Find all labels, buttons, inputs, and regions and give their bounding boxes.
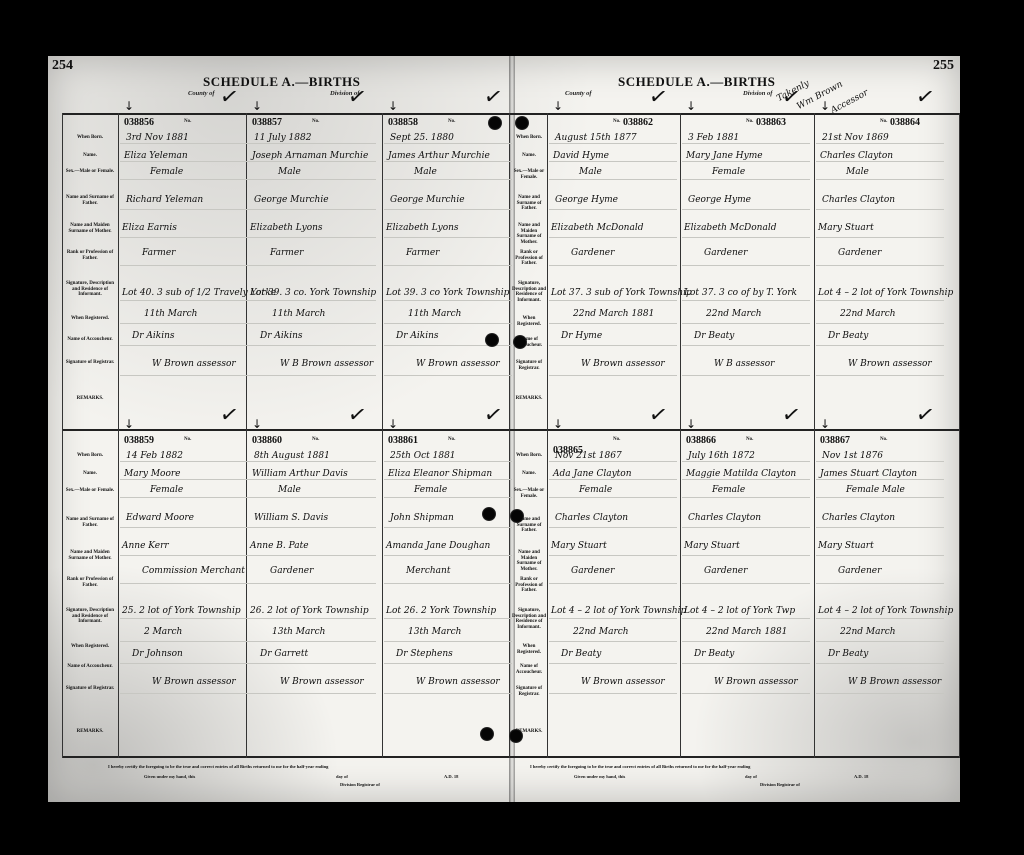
left-footer-registrar: Division Registrar of xyxy=(340,782,380,787)
arrow-down-icon: ↓ xyxy=(252,417,262,431)
field-rank: Gardener xyxy=(571,566,614,576)
ruled-line xyxy=(816,663,944,664)
left-footer-certify: I hereby certify the foregoing to be the… xyxy=(108,764,328,769)
field-informant: Lot 4 – 2 lot of York Township xyxy=(551,606,686,616)
ruled-line xyxy=(384,461,512,462)
no-label: No. xyxy=(746,437,753,442)
field-informant: Lot 39. 3 co York Township xyxy=(386,288,509,298)
field-accoucheur: Dr Beaty xyxy=(561,649,601,659)
row-label: Name of Accoucheur. xyxy=(62,664,118,670)
field-registrar: W B Brown assessor xyxy=(280,359,373,369)
ruled-line xyxy=(120,641,248,642)
ruled-line xyxy=(549,209,677,210)
no-label: No. xyxy=(880,119,887,124)
ruled-line xyxy=(384,209,512,210)
field-rank: Gardener xyxy=(704,566,747,576)
ruled-line xyxy=(384,555,512,556)
arrow-down-icon: ↓ xyxy=(820,99,830,113)
ruled-line xyxy=(384,497,512,498)
field-registered: 2 March xyxy=(144,627,182,637)
ruled-line xyxy=(549,527,677,528)
field-registered: 11th March xyxy=(272,309,325,319)
field-sex: Male xyxy=(414,167,437,177)
ruled-line xyxy=(816,618,944,619)
field-sex: Male xyxy=(579,167,602,177)
right-page-heading: SCHEDULE A.—BIRTHS xyxy=(618,74,775,90)
field-accoucheur: Dr Stephens xyxy=(396,649,453,659)
field-accoucheur: Dr Aikins xyxy=(396,331,439,341)
field-registrar: W Brown assessor xyxy=(416,359,500,369)
ruled-line xyxy=(384,618,512,619)
field-registered: 11th March xyxy=(144,309,197,319)
field-informant: Lot 4 – 2 lot of York Twp xyxy=(684,606,795,616)
field-informant: 25. 2 lot of York Township xyxy=(122,606,241,616)
ruled-line xyxy=(816,209,944,210)
ruled-line xyxy=(248,461,376,462)
row-label: Name of Accoucheur. xyxy=(511,664,547,675)
ruled-line xyxy=(549,479,677,480)
arrow-down-icon: ↓ xyxy=(124,99,134,113)
arrow-down-icon: ↓ xyxy=(820,417,830,431)
ruled-line xyxy=(549,300,677,301)
ruled-line xyxy=(248,161,376,162)
field-father: John Shipman xyxy=(390,513,454,523)
grid-vline xyxy=(959,113,960,758)
no-label: No. xyxy=(448,437,455,442)
field-when-born: 25th Oct 1881 xyxy=(390,451,456,461)
checkmark-icon: ✓ xyxy=(482,402,504,430)
ruled-line xyxy=(682,375,810,376)
field-registrar: W Brown assessor xyxy=(280,677,364,687)
punch-hole xyxy=(485,333,499,347)
field-informant: Lot 4 – 2 lot of York Township xyxy=(818,288,953,298)
left-page-number: 254 xyxy=(52,58,73,74)
arrow-down-icon: ↓ xyxy=(124,417,134,431)
field-registered: 22nd March xyxy=(573,627,629,637)
field-registrar: W Brown assessor xyxy=(581,359,665,369)
registration-number: 038858 xyxy=(388,117,418,128)
ruled-line xyxy=(816,265,944,266)
ruled-line xyxy=(682,179,810,180)
row-label: Signature of Registrar. xyxy=(62,360,118,366)
checkmark-icon: ✓ xyxy=(482,84,504,112)
ruled-line xyxy=(248,641,376,642)
field-when-born: 8th August 1881 xyxy=(254,451,330,461)
ruled-line xyxy=(549,693,677,694)
ruled-line xyxy=(384,663,512,664)
row-label: When Registered. xyxy=(511,316,547,327)
field-registrar: W Brown assessor xyxy=(152,359,236,369)
ruled-line xyxy=(248,497,376,498)
ruled-line xyxy=(248,300,376,301)
row-label: REMARKS. xyxy=(62,729,118,735)
field-informant: Lot 4 – 2 lot of York Township xyxy=(818,606,953,616)
ruled-line xyxy=(384,143,512,144)
field-name: James Stuart Clayton xyxy=(820,469,917,479)
grid-line-bottom xyxy=(62,756,960,758)
ruled-line xyxy=(248,237,376,238)
registration-number: 038856 xyxy=(124,117,154,128)
row-label: Name and Maiden Surname of Mother. xyxy=(511,550,547,572)
field-rank: Merchant xyxy=(406,566,450,576)
checkmark-icon: ✓ xyxy=(914,402,936,430)
field-rank: Gardener xyxy=(838,566,881,576)
field-registered: 22nd March 1881 xyxy=(706,627,787,637)
row-label: Name and Surname of Father. xyxy=(511,195,547,212)
ruled-line xyxy=(120,618,248,619)
field-when-born: July 16th 1872 xyxy=(688,451,755,461)
row-label: Name and Maiden Surname of Mother. xyxy=(62,550,118,561)
ruled-line xyxy=(682,479,810,480)
field-rank: Gardener xyxy=(704,248,747,258)
no-label: No. xyxy=(613,119,620,124)
ruled-line xyxy=(248,618,376,619)
ruled-line xyxy=(549,323,677,324)
arrow-down-icon: ↓ xyxy=(388,99,398,113)
field-sex: Female xyxy=(150,485,183,495)
ruled-line xyxy=(549,663,677,664)
row-label: Rank or Profession of Father. xyxy=(511,250,547,267)
punch-hole xyxy=(515,116,529,130)
field-rank: Farmer xyxy=(142,248,175,258)
registration-number: 038866 xyxy=(686,435,716,446)
ruled-line xyxy=(682,461,810,462)
ruled-line xyxy=(816,237,944,238)
field-name: Maggie Matilda Clayton xyxy=(686,469,796,479)
field-father: Charles Clayton xyxy=(822,513,895,523)
ruled-line xyxy=(384,375,512,376)
field-when-born: Nov 21st 1867 xyxy=(555,451,622,461)
ruled-line xyxy=(682,237,810,238)
ruled-line xyxy=(816,497,944,498)
row-label: When Born. xyxy=(62,453,118,459)
row-label: REMARKS. xyxy=(62,396,118,402)
field-informant: 26. 2 lot of York Township xyxy=(250,606,369,616)
field-informant: Lot 39. 3 co. York Township xyxy=(250,288,376,298)
ruled-line xyxy=(816,555,944,556)
row-label: When Born. xyxy=(511,453,547,459)
ruled-line xyxy=(248,375,376,376)
field-father: William S. Davis xyxy=(254,513,328,523)
ruled-line xyxy=(384,641,512,642)
registration-number: 038864 xyxy=(890,117,920,128)
ruled-line xyxy=(120,479,248,480)
row-label: Rank or Profession of Father. xyxy=(511,577,547,594)
ruled-line xyxy=(682,300,810,301)
ruled-line xyxy=(682,209,810,210)
row-label: Name and Maiden Surname of Mother. xyxy=(62,223,118,234)
ruled-line xyxy=(816,461,944,462)
ruled-line xyxy=(816,143,944,144)
field-name: Ada Jane Clayton xyxy=(553,469,632,479)
field-registered: 22nd March 1881 xyxy=(573,309,654,319)
punch-hole xyxy=(513,335,527,349)
ruled-line xyxy=(549,375,677,376)
field-name: David Hyme xyxy=(553,151,609,161)
field-mother: Elizabeth McDonald xyxy=(551,223,644,233)
field-name: Charles Clayton xyxy=(820,151,893,161)
row-label: Name and Surname of Father. xyxy=(62,195,118,206)
row-label: When Born. xyxy=(511,135,547,141)
ruled-line xyxy=(120,237,248,238)
ruled-line xyxy=(816,375,944,376)
checkmark-icon: ✓ xyxy=(647,84,669,112)
registration-number: 038860 xyxy=(252,435,282,446)
field-rank: Commission Merchant xyxy=(142,566,245,576)
field-rank: Farmer xyxy=(406,248,439,258)
checkmark-icon: ✓ xyxy=(346,402,368,430)
field-registered: 22nd March xyxy=(840,309,896,319)
field-registrar: W B Brown assessor xyxy=(848,677,941,687)
field-accoucheur: Dr Hyme xyxy=(561,331,602,341)
ruled-line xyxy=(248,693,376,694)
field-father: George Hyme xyxy=(688,195,751,205)
checkmark-icon: ✓ xyxy=(647,402,669,430)
field-informant: Lot 37. 3 sub of York Township xyxy=(551,288,692,298)
ruled-line xyxy=(384,179,512,180)
left-footer-ad: A.D. 18 xyxy=(444,774,458,779)
checkmark-icon: ✓ xyxy=(218,84,240,112)
field-sex: Male xyxy=(278,485,301,495)
ruled-line xyxy=(120,179,248,180)
ruled-line xyxy=(120,323,248,324)
no-label: No. xyxy=(184,119,191,124)
field-when-born: 3 Feb 1881 xyxy=(688,133,739,143)
checkmark-icon: ✓ xyxy=(914,84,936,112)
row-label: Name and Maiden Surname of Mother. xyxy=(511,223,547,245)
row-label: Signature, Description and Residence of … xyxy=(511,608,547,630)
ruled-line xyxy=(549,179,677,180)
field-registrar: W Brown assessor xyxy=(416,677,500,687)
ruled-line xyxy=(549,345,677,346)
field-father: George Murchie xyxy=(254,195,329,205)
field-accoucheur: Dr Beaty xyxy=(828,331,868,341)
punch-hole xyxy=(488,116,502,130)
ruled-line xyxy=(549,143,677,144)
field-mother: Amanda Jane Doughan xyxy=(386,541,490,551)
row-label: When Registered. xyxy=(62,644,118,650)
ruled-line xyxy=(120,663,248,664)
no-label: No. xyxy=(613,437,620,442)
arrow-down-icon: ↓ xyxy=(686,99,696,113)
ruled-line xyxy=(248,583,376,584)
ruled-line xyxy=(682,323,810,324)
ruled-line xyxy=(682,345,810,346)
arrow-down-icon: ↓ xyxy=(553,417,563,431)
ruled-line xyxy=(549,555,677,556)
field-mother: Anne Kerr xyxy=(122,541,169,551)
ruled-line xyxy=(384,527,512,528)
row-label: Name. xyxy=(511,153,547,159)
no-label: No. xyxy=(448,119,455,124)
row-label: Signature of Registrar. xyxy=(511,686,547,697)
ruled-line xyxy=(120,143,248,144)
row-label: Name. xyxy=(62,153,118,159)
field-sex: Female xyxy=(150,167,183,177)
punch-hole xyxy=(509,729,523,743)
checkmark-icon: ✓ xyxy=(346,84,368,112)
field-mother: Mary Stuart xyxy=(684,541,740,551)
row-label: When Born. xyxy=(62,135,118,141)
field-sex: Female xyxy=(579,485,612,495)
row-label: Name of Accoucheur. xyxy=(62,337,118,343)
field-father: Richard Yeleman xyxy=(126,195,203,205)
right-footer-certify: I hereby certify the foregoing to be the… xyxy=(530,764,750,769)
field-mother: Elizabeth Lyons xyxy=(386,223,459,233)
field-name: William Arthur Davis xyxy=(252,469,348,479)
field-accoucheur: Dr Garrett xyxy=(260,649,308,659)
field-name: Mary Moore xyxy=(124,469,181,479)
field-registrar: W Brown assessor xyxy=(714,677,798,687)
row-label: When Registered. xyxy=(511,644,547,655)
row-label: Signature of Registrar. xyxy=(62,686,118,692)
ruled-line xyxy=(682,693,810,694)
registration-number: 038862 xyxy=(623,117,653,128)
right-page-number: 255 xyxy=(933,58,954,74)
grid-vline xyxy=(814,113,815,758)
register-sheet: 254 255 SCHEDULE A.—BIRTHS SCHEDULE A.—B… xyxy=(48,56,960,802)
ruled-line xyxy=(248,479,376,480)
ruled-line xyxy=(549,265,677,266)
ruled-line xyxy=(682,143,810,144)
ruled-line xyxy=(120,345,248,346)
left-footer-given: Given under my hand, this xyxy=(144,774,195,779)
no-label: No. xyxy=(312,119,319,124)
field-sex: Male xyxy=(846,167,869,177)
ruled-line xyxy=(816,300,944,301)
arrow-down-icon: ↓ xyxy=(388,417,398,431)
ruled-line xyxy=(384,479,512,480)
field-sex: Female xyxy=(712,167,745,177)
ruled-line xyxy=(549,497,677,498)
row-label: Signature, Description and Residence of … xyxy=(62,281,118,298)
field-father: Charles Clayton xyxy=(822,195,895,205)
row-label: Rank or Profession of Father. xyxy=(62,577,118,588)
field-mother: Elizabeth Lyons xyxy=(250,223,323,233)
row-labels-left-bottom: When Born.Name.Sex.—Male or Female.Name … xyxy=(62,431,118,756)
ruled-line xyxy=(120,461,248,462)
right-footer-day-of: day of xyxy=(745,774,757,779)
field-father: Edward Moore xyxy=(126,513,194,523)
ruled-line xyxy=(384,237,512,238)
ruled-line xyxy=(682,497,810,498)
ruled-line xyxy=(120,375,248,376)
field-registered: 22nd March xyxy=(840,627,896,637)
field-mother: Anne B. Pate xyxy=(250,541,309,551)
grid-vline xyxy=(547,113,548,758)
field-registered: 22nd March xyxy=(706,309,762,319)
registration-number: 038867 xyxy=(820,435,850,446)
ruled-line xyxy=(816,479,944,480)
ruled-line xyxy=(120,161,248,162)
arrow-down-icon: ↓ xyxy=(553,99,563,113)
registration-number: 038857 xyxy=(252,117,282,128)
row-label: Sex.—Male or Female. xyxy=(511,169,547,180)
grid-vline xyxy=(680,113,681,758)
field-accoucheur: Dr Aikins xyxy=(260,331,303,341)
ruled-line xyxy=(120,497,248,498)
row-labels-left-top: When Born.Name.Sex.—Male or Female.Name … xyxy=(62,113,118,429)
field-mother: Mary Stuart xyxy=(551,541,607,551)
field-registrar: W Brown assessor xyxy=(581,677,665,687)
registration-number: 038861 xyxy=(388,435,418,446)
registration-number: 038863 xyxy=(756,117,786,128)
row-label: Sex.—Male or Female. xyxy=(511,488,547,499)
punch-hole xyxy=(482,507,496,521)
ruled-line xyxy=(682,265,810,266)
field-mother: Mary Stuart xyxy=(818,223,874,233)
row-label: Name and Surname of Father. xyxy=(62,517,118,528)
row-labels-spine-top: When Born.Name.Sex.—Male or Female.Name … xyxy=(511,113,547,429)
field-father: Charles Clayton xyxy=(555,513,628,523)
row-label: REMARKS. xyxy=(511,396,547,402)
ruled-line xyxy=(682,583,810,584)
right-county-label: County of xyxy=(565,90,592,97)
ruled-line xyxy=(384,161,512,162)
row-label: Name. xyxy=(511,471,547,477)
field-registrar: W Brown assessor xyxy=(848,359,932,369)
ruled-line xyxy=(816,323,944,324)
ruled-line xyxy=(682,641,810,642)
field-name: Joseph Arnaman Murchie xyxy=(252,151,368,161)
ruled-line xyxy=(248,345,376,346)
no-label: No. xyxy=(312,437,319,442)
field-mother: Mary Stuart xyxy=(818,541,874,551)
field-name: Eliza Yeleman xyxy=(124,151,188,161)
ruled-line xyxy=(248,663,376,664)
field-rank: Farmer xyxy=(270,248,303,258)
field-rank: Gardener xyxy=(838,248,881,258)
field-accoucheur: Dr Beaty xyxy=(694,331,734,341)
field-registered: 13th March xyxy=(272,627,325,637)
ruled-line xyxy=(384,300,512,301)
row-label: Signature of Registrar. xyxy=(511,360,547,371)
row-label: Signature, Description and Residence of … xyxy=(62,608,118,625)
registration-number: 038859 xyxy=(124,435,154,446)
ruled-line xyxy=(816,345,944,346)
right-footer-registrar: Division Registrar of xyxy=(760,782,800,787)
row-label: Name. xyxy=(62,471,118,477)
row-label: Rank or Profession of Father. xyxy=(62,250,118,261)
field-sex: Male xyxy=(278,167,301,177)
field-when-born: August 15th 1877 xyxy=(555,133,637,143)
ruled-line xyxy=(816,179,944,180)
field-registrar: W B assessor xyxy=(714,359,774,369)
field-name: Eliza Eleanor Shipman xyxy=(388,469,492,479)
field-when-born: 3rd Nov 1881 xyxy=(126,133,189,143)
field-informant: Lot 26. 2 York Township xyxy=(386,606,496,616)
grid-vline xyxy=(118,113,119,758)
field-when-born: 11 July 1882 xyxy=(254,133,311,143)
ruled-line xyxy=(682,663,810,664)
field-when-born: 14 Feb 1882 xyxy=(126,451,183,461)
field-father: George Murchie xyxy=(390,195,465,205)
field-sex: Female Male xyxy=(846,485,905,495)
ruled-line xyxy=(816,641,944,642)
ruled-line xyxy=(682,618,810,619)
row-labels-spine-bottom: When Born.Name.Sex.—Male or Female.Name … xyxy=(511,431,547,756)
row-label: Sex.—Male or Female. xyxy=(62,169,118,175)
row-label: When Registered. xyxy=(62,316,118,322)
ruled-line xyxy=(549,161,677,162)
field-father: George Hyme xyxy=(555,195,618,205)
field-father: Charles Clayton xyxy=(688,513,761,523)
right-footer-ad: A.D. 18 xyxy=(854,774,868,779)
ruled-line xyxy=(248,209,376,210)
field-rank: Gardener xyxy=(571,248,614,258)
row-label: Signature, Description and Residence of … xyxy=(511,281,547,303)
field-rank: Gardener xyxy=(270,566,313,576)
